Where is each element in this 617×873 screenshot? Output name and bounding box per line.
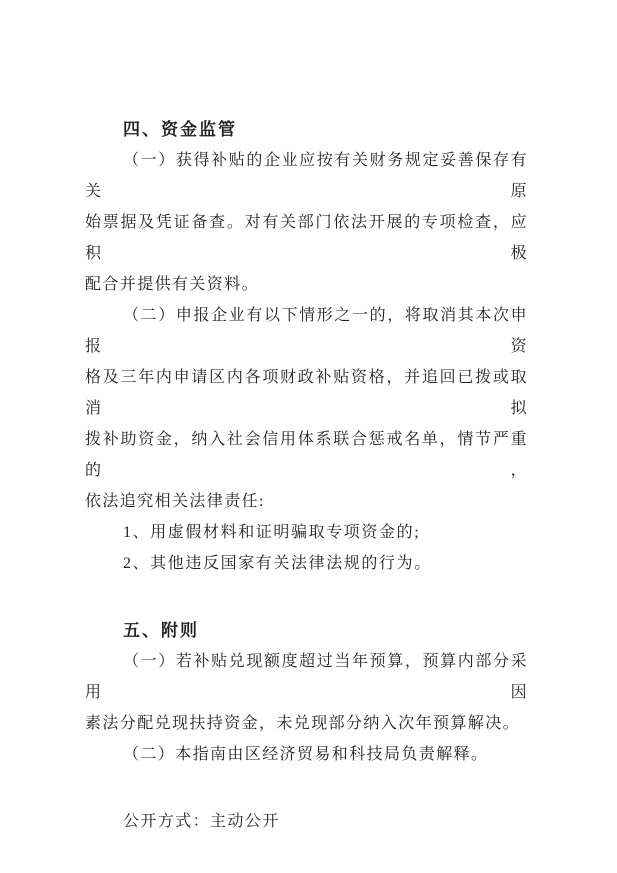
section-heading-fund-supervision: 四、资金监管 <box>85 114 528 145</box>
paragraph-fund-supervision-2: （二）申报企业有以下情形之一的，将取消其本次申报资 格及三年内申请区内各项财政补… <box>85 300 528 517</box>
paragraph-fund-supervision-1: （一）获得补贴的企业应按有关财务规定妥善保存有关原 始票据及凭证备查。对有关部门… <box>85 145 528 300</box>
paragraph-line: 依法追究相关法律责任: <box>85 486 528 517</box>
section-heading-supplementary: 五、附则 <box>85 615 528 646</box>
paragraph-line: 素法分配兑现扶持资金，未兑现部分纳入次年预算解决。 <box>85 708 528 739</box>
paragraph-line: 格及三年内申请区内各项财政补贴资格，并追回已拨或取消拟 <box>85 362 528 424</box>
paragraph-line: 拨补助资金，纳入社会信用体系联合惩戒名单，情节严重的， <box>85 424 528 486</box>
list-item-2: 2、其他违反国家有关法律法规的行为。 <box>85 548 528 579</box>
document-page: 四、资金监管 （一）获得补贴的企业应按有关财务规定妥善保存有关原 始票据及凭证备… <box>0 0 617 873</box>
paragraph-line: 配合并提供有关资料。 <box>85 269 528 300</box>
paragraph-supplementary-1: （一）若补贴兑现额度超过当年预算，预算内部分采用因 素法分配兑现扶持资金，未兑现… <box>85 646 528 739</box>
section-gap <box>85 579 528 615</box>
paragraph-line: （一）获得补贴的企业应按有关财务规定妥善保存有关原 <box>85 145 528 207</box>
paragraph-supplementary-2: （二）本指南由区经济贸易和科技局负责解释。 <box>85 739 528 770</box>
paragraph-line: 始票据及凭证备查。对有关部门依法开展的专项检查，应积极 <box>85 207 528 269</box>
footer-gap <box>85 770 528 806</box>
paragraph-line: （二）申报企业有以下情形之一的，将取消其本次申报资 <box>85 300 528 362</box>
document-body: 四、资金监管 （一）获得补贴的企业应按有关财务规定妥善保存有关原 始票据及凭证备… <box>85 114 528 837</box>
disclosure-method-line: 公开方式：主动公开 <box>85 806 528 837</box>
list-item-1: 1、用虚假材料和证明骗取专项资金的; <box>85 517 528 548</box>
paragraph-line: （一）若补贴兑现额度超过当年预算，预算内部分采用因 <box>85 646 528 708</box>
